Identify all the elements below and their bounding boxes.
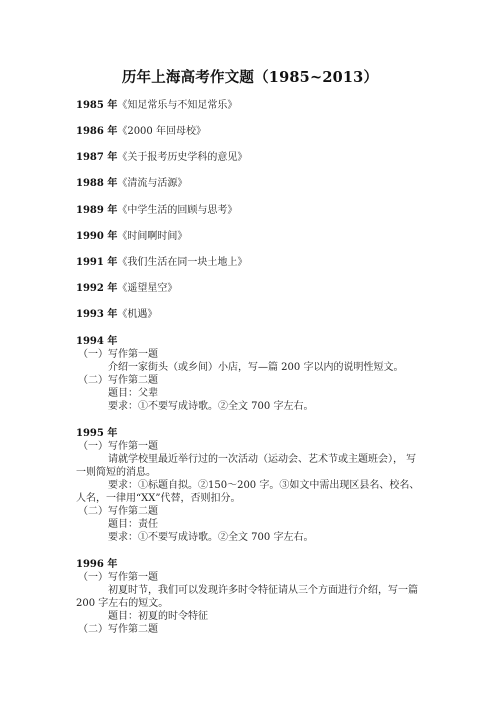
entry-1991: 1991 年《我们生活在同一块土地上》 [76, 256, 247, 270]
essay-topic: 《时间啊时间》 [117, 231, 187, 242]
essay-topic: 《机遇》 [117, 309, 157, 320]
entry-1987: 1987 年《关于报考历史学科的意见》 [76, 151, 247, 165]
entry-1989: 1989 年《中学生活的回顾与思考》 [76, 204, 237, 218]
year-label: 1993 年 [76, 309, 117, 320]
year-label: 1990 年 [76, 231, 117, 242]
paragraph-line: 请就学校里最近举行过的一次活动（运动会、艺术节或主题班会）， 写 [108, 453, 416, 467]
essay-topic: 《2000 年回母校》 [117, 126, 206, 137]
entry-1986: 1986 年《2000 年回母校》 [76, 125, 206, 139]
subsection-label: （二）写作第二题 [78, 505, 158, 519]
year-label: 1988 年 [76, 178, 117, 189]
paragraph-line: 一则简短的消息。 [76, 466, 156, 480]
essay-topic: 《关于报考历史学科的意见》 [117, 152, 247, 163]
paragraph-line: 200 字左右的短文。 [76, 597, 168, 611]
year-label: 1987 年 [76, 152, 117, 163]
paragraph-line: 初夏时节，我们可以发现许多时令特征请从三个方面进行介绍，写一篇 [108, 584, 418, 598]
subsection-label: （一）写作第一题 [78, 440, 158, 454]
subsection-label: （二）写作第二题 [78, 374, 158, 388]
year-label: 1991 年 [76, 257, 117, 268]
essay-topic: 《清流与活源》 [117, 178, 187, 189]
entry-1992: 1992 年《遥望星空》 [76, 282, 177, 296]
paragraph-line: 要求：①不要写成诗歌。②全文 700 字左右。 [108, 400, 313, 414]
paragraph-line: 题目：初夏的时令特征 [108, 610, 208, 624]
essay-topic: 《我们生活在同一块土地上》 [117, 257, 247, 268]
document-title: 历年上海高考作文题（1985~2013） [0, 66, 500, 87]
entry-1993: 1993 年《机遇》 [76, 308, 157, 322]
section-heading-1994: 1994 年 [76, 335, 117, 349]
entry-1985: 1985 年《知足常乐与不知足常乐》 [76, 99, 237, 113]
essay-topic: 《知足常乐与不知足常乐》 [117, 100, 237, 111]
essay-topic: 《中学生活的回顾与思考》 [117, 205, 237, 216]
paragraph-line: 介绍一家街头（或乡间）小店，写—篇 200 字以内的说明性短文。 [108, 361, 403, 375]
subsection-label: （一）写作第一题 [78, 571, 158, 585]
year-label: 1992 年 [76, 283, 117, 294]
paragraph-line: 人名，一律用“XX”代替，否则扣分。 [76, 492, 240, 506]
section-heading-1995: 1995 年 [76, 427, 117, 441]
subsection-label: （二）写作第二题 [78, 623, 158, 637]
paragraph-line: 要求：①标题自拟。②150～200 字。③如文中需出现区县名、校名、 [108, 479, 419, 493]
document-page: 历年上海高考作文题（1985~2013） 1985 年《知足常乐与不知足常乐》 … [0, 0, 500, 707]
paragraph-line: 题目：责任 [108, 518, 158, 532]
paragraph-line: 要求：①不要写成诗歌。②全文 700 字左右。 [108, 531, 313, 545]
year-label: 1985 年 [76, 100, 117, 111]
entry-1990: 1990 年《时间啊时间》 [76, 230, 187, 244]
year-label: 1989 年 [76, 205, 117, 216]
subsection-label: （一）写作第一题 [78, 348, 158, 362]
year-label: 1986 年 [76, 126, 117, 137]
section-heading-1996: 1996 年 [76, 558, 117, 572]
essay-topic: 《遥望星空》 [117, 283, 177, 294]
paragraph-line: 题目：父辈 [108, 387, 158, 401]
entry-1988: 1988 年《清流与活源》 [76, 177, 187, 191]
